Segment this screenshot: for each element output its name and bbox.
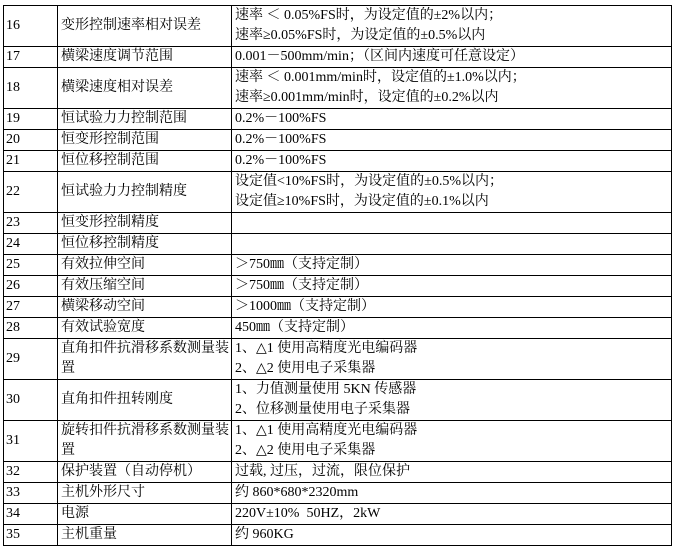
table-row: 17横梁速度调节范围0.001－500mm/min；（区间内速度可任意设定） [4,47,672,68]
table-row: 26有效压缩空间＞750㎜（支持定制） [4,276,672,297]
param-value: 速率 ＜ 0.001mm/min时，设定值的±1.0%以内； 速率≥0.001m… [232,68,672,109]
row-number: 34 [4,504,58,525]
table-row: 16变形控制速率相对误差速率 ＜ 0.05%FS时，为设定值的±2%以内； 速率… [4,6,672,47]
param-name: 直角扣件扭转刚度 [58,380,232,421]
param-name: 主机外形尺寸 [58,483,232,504]
row-number: 20 [4,130,58,151]
spec-table: 16变形控制速率相对误差速率 ＜ 0.05%FS时，为设定值的±2%以内； 速率… [3,5,672,546]
row-number: 18 [4,68,58,109]
param-name: 有效压缩空间 [58,276,232,297]
param-name: 旋转扣件抗滑移系数测量装置 [58,421,232,462]
row-number: 35 [4,525,58,546]
row-number: 26 [4,276,58,297]
table-row: 25有效拉伸空间＞750㎜（支持定制） [4,255,672,276]
param-value [232,213,672,234]
row-number: 28 [4,318,58,339]
param-name: 直角扣件抗滑移系数测量装置 [58,339,232,380]
param-name: 保护装置（自动停机） [58,462,232,483]
param-value: 220V±10% 50HZ，2kW [232,504,672,525]
row-number: 30 [4,380,58,421]
param-value: 约 960KG [232,525,672,546]
table-row: 24恒位移控制精度 [4,234,672,255]
row-number: 21 [4,151,58,172]
row-number: 33 [4,483,58,504]
param-name: 电源 [58,504,232,525]
row-number: 24 [4,234,58,255]
row-number: 29 [4,339,58,380]
param-name: 恒变形控制范围 [58,130,232,151]
table-row: 20恒变形控制范围0.2%－100%FS [4,130,672,151]
param-value: 0.2%－100%FS [232,151,672,172]
table-row: 21恒位移控制范围0.2%－100%FS [4,151,672,172]
table-row: 29直角扣件抗滑移系数测量装置1、△1 使用高精度光电编码器 2、△2 使用电子… [4,339,672,380]
param-value: ＞750㎜（支持定制） [232,255,672,276]
row-number: 16 [4,6,58,47]
table-row: 30直角扣件扭转刚度1、力值测量使用 5KN 传感器 2、位移测量使用电子采集器 [4,380,672,421]
table-row: 32保护装置（自动停机）过载, 过压，过流，限位保护 [4,462,672,483]
table-row: 19恒试验力力控制范围0.2%－100%FS [4,109,672,130]
param-value: 设定值<10%FS时，为设定值的±0.5%以内； 设定值≥10%FS时，为设定值… [232,172,672,213]
param-name: 恒位移控制范围 [58,151,232,172]
spec-table-body: 16变形控制速率相对误差速率 ＜ 0.05%FS时，为设定值的±2%以内； 速率… [4,6,672,546]
param-name: 恒变形控制精度 [58,213,232,234]
param-name: 主机重量 [58,525,232,546]
table-row: 22恒试验力力控制精度设定值<10%FS时，为设定值的±0.5%以内； 设定值≥… [4,172,672,213]
row-number: 17 [4,47,58,68]
param-name: 横梁速度调节范围 [58,47,232,68]
table-row: 34电源220V±10% 50HZ，2kW [4,504,672,525]
param-value: 速率 ＜ 0.05%FS时，为设定值的±2%以内； 速率≥0.05%FS时，为设… [232,6,672,47]
row-number: 19 [4,109,58,130]
row-number: 22 [4,172,58,213]
param-value: 约 860*680*2320mm [232,483,672,504]
param-value: 450㎜（支持定制） [232,318,672,339]
row-number: 25 [4,255,58,276]
param-name: 恒试验力力控制精度 [58,172,232,213]
param-value [232,234,672,255]
param-name: 恒试验力力控制范围 [58,109,232,130]
param-name: 有效试验宽度 [58,318,232,339]
param-name: 横梁速度相对误差 [58,68,232,109]
param-name: 横梁移动空间 [58,297,232,318]
row-number: 31 [4,421,58,462]
param-value: 0.001－500mm/min；（区间内速度可任意设定） [232,47,672,68]
row-number: 27 [4,297,58,318]
table-row: 18横梁速度相对误差速率 ＜ 0.001mm/min时，设定值的±1.0%以内；… [4,68,672,109]
param-value: 1、△1 使用高精度光电编码器 2、△2 使用电子采集器 [232,339,672,380]
table-row: 23恒变形控制精度 [4,213,672,234]
table-row: 28有效试验宽度450㎜（支持定制） [4,318,672,339]
param-value: ＞1000㎜（支持定制） [232,297,672,318]
table-row: 31旋转扣件抗滑移系数测量装置1、△1 使用高精度光电编码器 2、△2 使用电子… [4,421,672,462]
param-value: ＞750㎜（支持定制） [232,276,672,297]
param-name: 恒位移控制精度 [58,234,232,255]
param-name: 变形控制速率相对误差 [58,6,232,47]
row-number: 32 [4,462,58,483]
param-value: 过载, 过压，过流，限位保护 [232,462,672,483]
table-row: 27横梁移动空间＞1000㎜（支持定制） [4,297,672,318]
row-number: 23 [4,213,58,234]
param-value: 1、力值测量使用 5KN 传感器 2、位移测量使用电子采集器 [232,380,672,421]
param-value: 0.2%－100%FS [232,130,672,151]
table-row: 33主机外形尺寸约 860*680*2320mm [4,483,672,504]
param-name: 有效拉伸空间 [58,255,232,276]
param-value: 1、△1 使用高精度光电编码器 2、△2 使用电子采集器 [232,421,672,462]
table-row: 35主机重量约 960KG [4,525,672,546]
param-value: 0.2%－100%FS [232,109,672,130]
